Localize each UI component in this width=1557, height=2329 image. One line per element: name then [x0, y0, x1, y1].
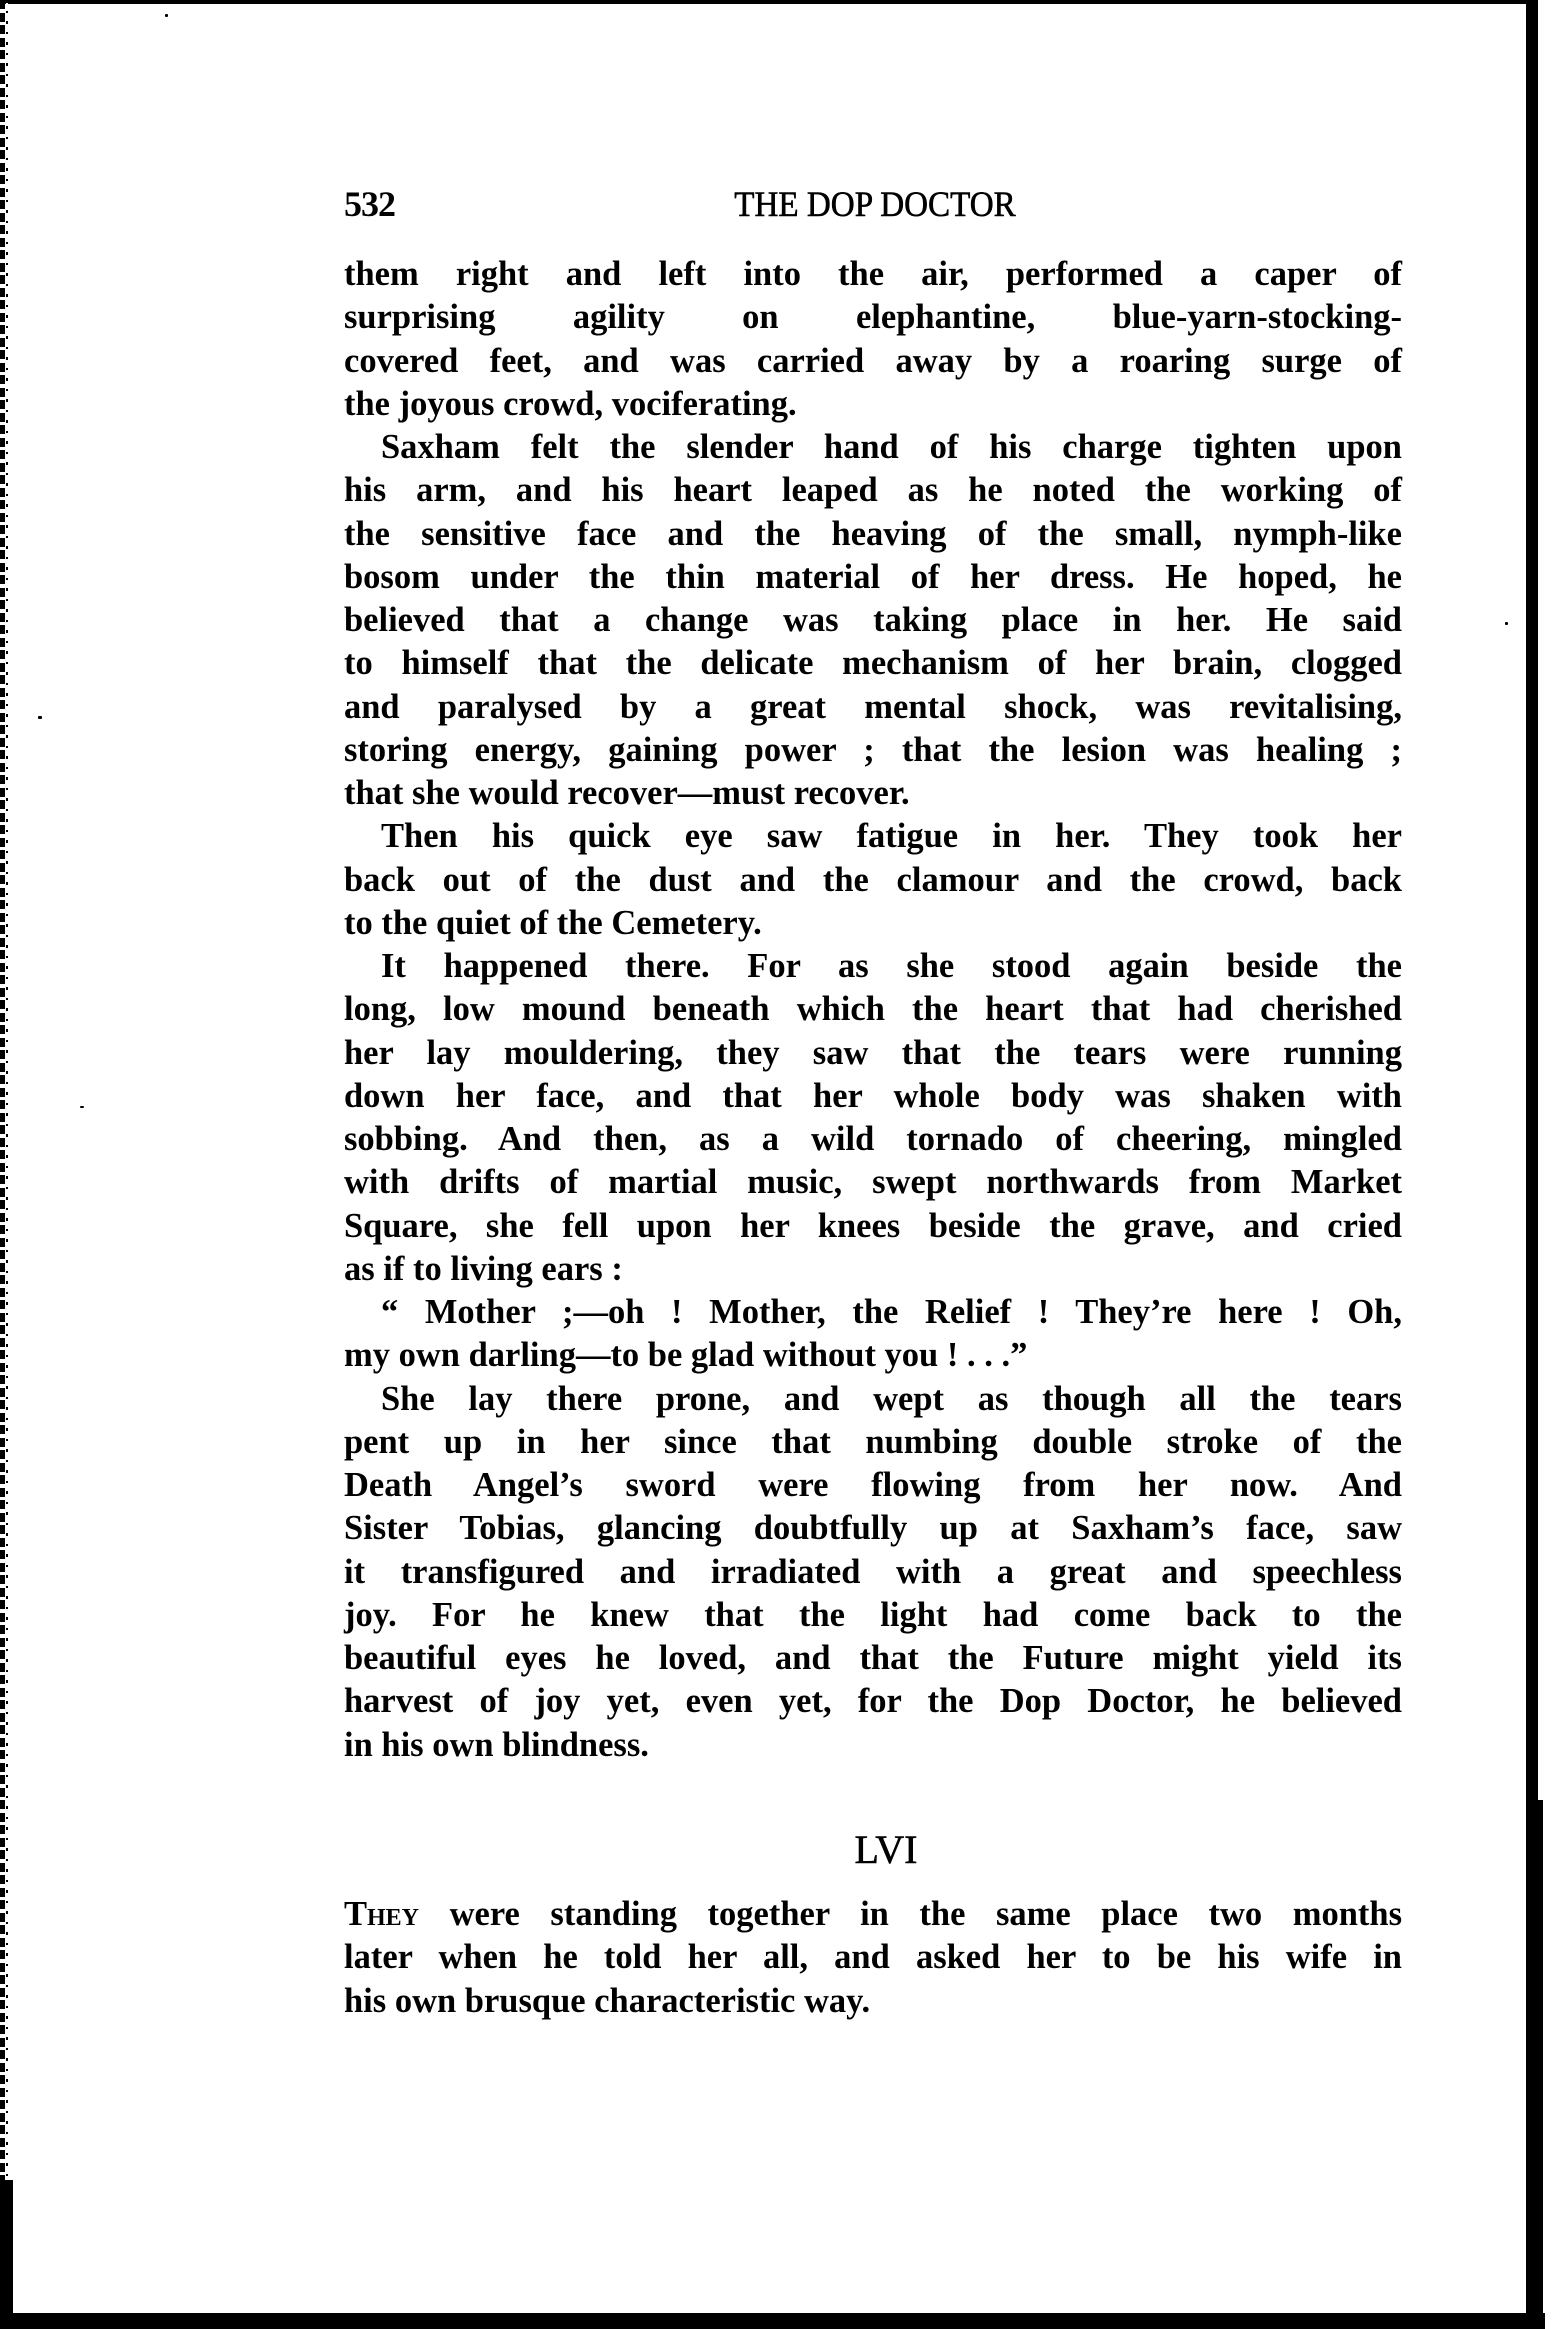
text-line: Death Angel’s sword were flowing from he… — [344, 1464, 1402, 1507]
scan-speck — [165, 14, 168, 17]
text-line: and paralysed by a great mental shock, w… — [344, 686, 1402, 729]
scan-edge-bottom — [0, 2313, 1545, 2329]
scan-speck — [38, 716, 42, 719]
text-line: harvest of joy yet, even yet, for the Do… — [344, 1680, 1402, 1723]
page-number: 532 — [344, 183, 395, 226]
scan-edge-right-lower — [1533, 1800, 1543, 2329]
text-line: in his own blindness. — [344, 1724, 1402, 1767]
text-line: Square, she fell upon her knees beside t… — [344, 1205, 1402, 1248]
text-line: that she would recover—must recover. — [344, 772, 1402, 815]
chapter-opening-word: They — [344, 1895, 419, 1933]
text-line: It happened there. For as she stood agai… — [344, 945, 1402, 988]
text-line: believed that a change was taking place … — [344, 599, 1402, 642]
text-line: They were standing together in the same … — [344, 1893, 1402, 1936]
scan-edge-left-bottom — [0, 2180, 13, 2329]
text-line: to himself that the delicate mechanism o… — [344, 642, 1402, 685]
scanned-book-page: 532 THE DOP DOCTOR them right and left i… — [0, 0, 1557, 2329]
text-line: joy. For he knew that the light had come… — [344, 1594, 1402, 1637]
text-line: Saxham felt the slender hand of his char… — [344, 426, 1402, 469]
text-line: Then his quick eye saw fatigue in her. T… — [344, 815, 1402, 858]
text-line: them right and left into the air, perfor… — [344, 253, 1402, 296]
text-line: the sensitive face and the heaving of th… — [344, 513, 1402, 556]
chapter-text: They were standing together in the same … — [344, 1893, 1402, 2023]
text-line: Sister Tobias, glancing doubtfully up at… — [344, 1507, 1402, 1550]
text-line: She lay there prone, and wept as though … — [344, 1378, 1402, 1421]
scan-edge-left-inner — [6, 0, 8, 2329]
text-line: down her face, and that her whole body w… — [344, 1075, 1402, 1118]
text-line: bosom under the thin material of her dre… — [344, 556, 1402, 599]
text-line: covered feet, and was carried away by a … — [344, 340, 1402, 383]
text-line: long, low mound beneath which the heart … — [344, 988, 1402, 1031]
text-line: to the quiet of the Cemetery. — [344, 902, 1402, 945]
text-line: her lay mouldering, they saw that the te… — [344, 1032, 1402, 1075]
scan-edge-left — [0, 0, 5, 2329]
running-head: 532 THE DOP DOCTOR — [344, 183, 1402, 226]
text-line: the joyous crowd, vociferating. — [344, 383, 1402, 426]
text-line: beautiful eyes he loved, and that the Fu… — [344, 1637, 1402, 1680]
text-line: his arm, and his heart leaped as he note… — [344, 469, 1402, 512]
text-line: “ Mother ;—oh ! Mother, the Relief ! The… — [344, 1291, 1402, 1334]
chapter-heading: LVI — [344, 1828, 1428, 1871]
text-line: sobbing. And then, as a wild tornado of … — [344, 1118, 1402, 1161]
text-line: his own brusque characteristic way. — [344, 1980, 1402, 2023]
scan-edge-top — [0, 0, 1530, 4]
scan-speck — [80, 1106, 84, 1108]
body-text: them right and left into the air, perfor… — [344, 253, 1402, 1767]
text-line: later when he told her all, and asked he… — [344, 1936, 1402, 1979]
text-line: storing energy, gaining power ; that the… — [344, 729, 1402, 772]
text-line: with drifts of martial music, swept nort… — [344, 1161, 1402, 1204]
text-line: my own darling—to be glad without you ! … — [344, 1334, 1402, 1377]
text-line: it transfigured and irradiated with a gr… — [344, 1551, 1402, 1594]
text-line: as if to living ears : — [344, 1248, 1402, 1291]
text-line-rest: were standing together in the same place… — [419, 1895, 1402, 1933]
scan-speck — [1505, 622, 1508, 625]
text-line: surprising agility on elephantine, blue-… — [344, 296, 1402, 339]
text-line: pent up in her since that numbing double… — [344, 1421, 1402, 1464]
text-line: back out of the dust and the clamour and… — [344, 859, 1402, 902]
running-title: THE DOP DOCTOR — [694, 183, 1056, 226]
